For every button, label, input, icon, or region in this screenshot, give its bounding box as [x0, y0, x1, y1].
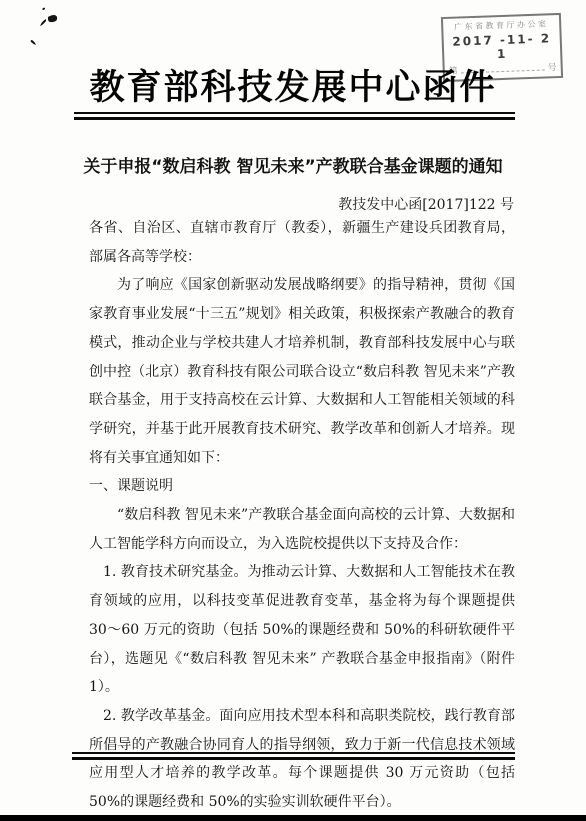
scan-edge-strip — [0, 815, 586, 821]
ink-marks — [6, 0, 70, 64]
body-paragraph-item: 1. 教育技术研究基金。为推动云计算、大数据和人工智能技术在教育领域的应用，以科… — [89, 558, 515, 702]
body-paragraph-para: 为了响应《国家创新驱动发展战略纲要》的指导精神，贯彻《国家教育事业发展“十三五”… — [89, 271, 515, 472]
masthead-rule — [74, 112, 515, 120]
stamp-date: 2017 -11- 2 1 — [448, 31, 557, 63]
notice-body: 各省、自治区、直辖市教育厅（教委），新疆生产建设兵团教育局，部属各高等学校：为了… — [89, 214, 515, 817]
doc-number: 教技发中心函[2017]122 号 — [90, 194, 514, 214]
footer-rule — [72, 752, 515, 760]
body-paragraph-para: “数启科教 智见未来”产教联合基金面向高校的云计算、大数据和人工智能学科方向而设… — [89, 501, 515, 558]
body-paragraph-address: 各省、自治区、直辖市教育厅（教委），新疆生产建设兵团教育局，部属各高等学校： — [89, 214, 515, 271]
body-paragraph-section: 一、课题说明 — [89, 472, 515, 501]
masthead-title: 教育部科技发展中心函件 — [0, 60, 586, 110]
notice-title: 关于申报“数启科教 智见未来”产教联合基金课题的通知 — [40, 152, 546, 177]
document-page: 广东省教育厅办公室 2017 -11- 2 1 第 号 教育部科技发展中心函件 … — [0, 0, 586, 821]
